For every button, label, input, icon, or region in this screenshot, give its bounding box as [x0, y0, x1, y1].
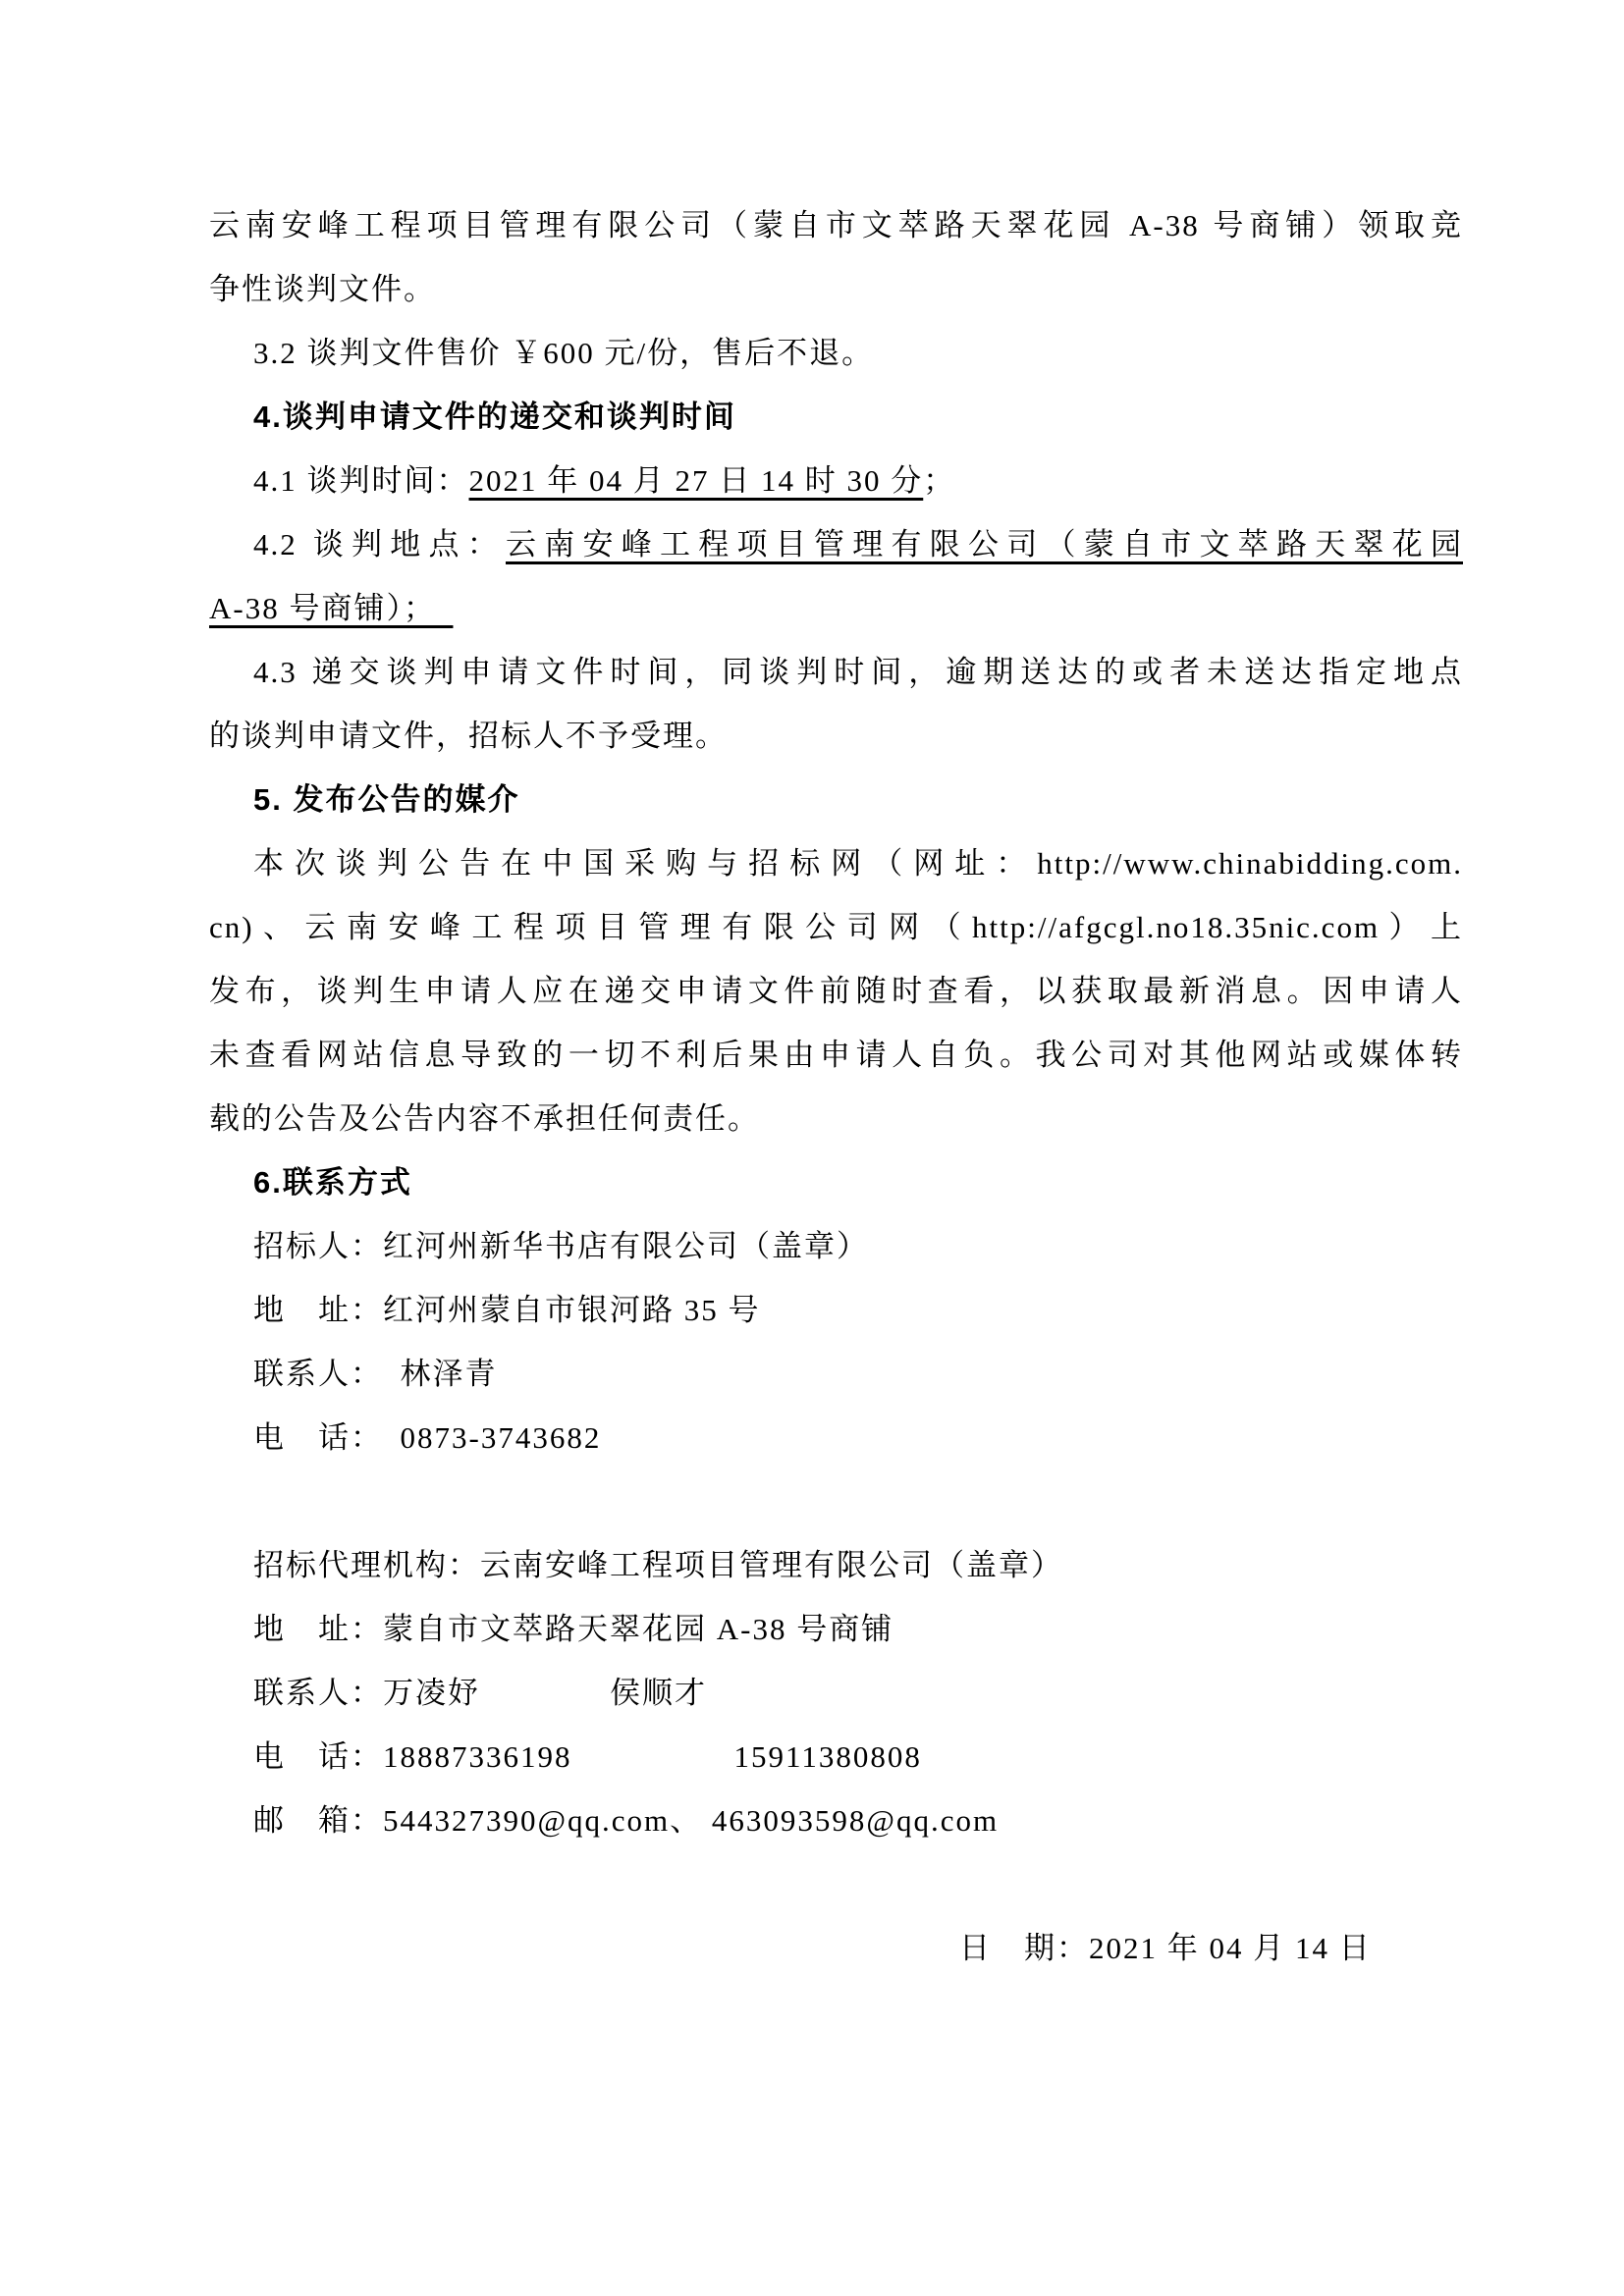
- heading-text: 6.联系方式: [253, 1165, 412, 1200]
- text-line-media-5: 载的公告及公告内容不承担任何责任。: [209, 1087, 1463, 1150]
- body-text: 的谈判申请文件，招标人不予受理。: [209, 719, 728, 753]
- body-text: 4.3 递交谈判申请文件时间，同谈判时间，逾期送达的或者未送达指定地点: [253, 655, 1463, 689]
- text-line-negotiation-place: 4.2 谈判地点：云南安峰工程项目管理有限公司（蒙自市文萃路天翠花园: [209, 512, 1463, 576]
- body-text: 电 话：18887336198 15911380808: [253, 1739, 922, 1774]
- text-line-document-price: 3.2 谈判文件售价 ￥600 元/份，售后不退。: [209, 321, 1463, 385]
- heading-text: 4.谈判申请文件的递交和谈判时间: [253, 400, 736, 434]
- body-text: cn)、云南安峰工程项目管理有限公司网（http://afgcgl.no18.3…: [209, 910, 1463, 944]
- document-body: 云南安峰工程项目管理有限公司（蒙自市文萃路天翠花园 A-38 号商铺）领取竞 争…: [209, 193, 1463, 1980]
- section-5-heading: 5. 发布公告的媒介: [209, 768, 1463, 831]
- underlined-place-text-cont: A-38 号商铺）；: [209, 591, 453, 625]
- label-text: 4.1 谈判时间：: [253, 463, 469, 498]
- body-text: 联系人：万凌妤 侯顺才: [253, 1676, 707, 1710]
- text-line-submission-deadline-cont: 的谈判申请文件，招标人不予受理。: [209, 704, 1463, 768]
- body-text: 招标人：红河州新华书店有限公司（盖章）: [253, 1229, 869, 1263]
- body-text: 云南安峰工程项目管理有限公司（蒙自市文萃路天翠花园 A-38 号商铺）领取竞: [209, 208, 1463, 242]
- text-line-agency-contacts: 联系人：万凌妤 侯顺才: [209, 1661, 1463, 1725]
- body-text: 争性谈判文件。: [209, 272, 436, 306]
- blank-line: [209, 1469, 1463, 1533]
- text-line-agency-address: 地 址：蒙自市文萃路天翠花园 A-38 号商铺: [209, 1597, 1463, 1661]
- text-line-pickup-location-cont: 争性谈判文件。: [209, 257, 1463, 321]
- text-line-agency-phones: 电 话：18887336198 15911380808: [209, 1725, 1463, 1789]
- text-line-media-3: 发布，谈判生申请人应在递交申请文件前随时查看，以获取最新消息。因申请人: [209, 959, 1463, 1023]
- punctuation-text: ；: [923, 463, 955, 498]
- text-line-pickup-location: 云南安峰工程项目管理有限公司（蒙自市文萃路天翠花园 A-38 号商铺）领取竞: [209, 193, 1463, 257]
- text-line-media-4: 未查看网站信息导致的一切不利后果由申请人自负。我公司对其他网站或媒体转: [209, 1023, 1463, 1087]
- text-line-agency-emails: 邮 箱：544327390@qq.com、 463093598@qq.com: [209, 1789, 1463, 1852]
- text-line-negotiation-time: 4.1 谈判时间：2021 年 04 月 27 日 14 时 30 分；: [209, 449, 1463, 512]
- section-4-heading: 4.谈判申请文件的递交和谈判时间: [209, 385, 1463, 449]
- text-line-agency-name: 招标代理机构：云南安峰工程项目管理有限公司（盖章）: [209, 1533, 1463, 1597]
- text-line-negotiation-place-cont: A-38 号商铺）；: [209, 576, 1463, 640]
- text-line-submission-deadline: 4.3 递交谈判申请文件时间，同谈判时间，逾期送达的或者未送达指定地点: [209, 640, 1463, 704]
- body-text: 地 址：蒙自市文萃路天翠花园 A-38 号商铺: [253, 1612, 893, 1646]
- date-text: 日 期：2021 年 04 月 14 日: [959, 1931, 1372, 1965]
- body-text: 联系人： 林泽青: [253, 1357, 498, 1391]
- body-text: 载的公告及公告内容不承担任何责任。: [209, 1101, 760, 1136]
- section-6-heading: 6.联系方式: [209, 1150, 1463, 1214]
- body-text: 招标代理机构：云南安峰工程项目管理有限公司（盖章）: [253, 1548, 1063, 1582]
- label-text: 4.2 谈判地点：: [253, 527, 506, 561]
- blank-line: [209, 1852, 1463, 1916]
- heading-text: 5. 发布公告的媒介: [253, 782, 519, 817]
- text-line-media-1: 本次谈判公告在中国采购与招标网（网址：http://www.chinabiddi…: [209, 831, 1463, 895]
- text-line-date: 日 期：2021 年 04 月 14 日: [209, 1916, 1463, 1980]
- body-text: 地 址：红河州蒙自市银河路 35 号: [253, 1293, 761, 1327]
- document-page: 云南安峰工程项目管理有限公司（蒙自市文萃路天翠花园 A-38 号商铺）领取竞 争…: [0, 0, 1624, 2296]
- body-text: 发布，谈判生申请人应在递交申请文件前随时查看，以获取最新消息。因申请人: [209, 974, 1463, 1008]
- text-line-tenderer-phone: 电 话： 0873-3743682: [209, 1406, 1463, 1469]
- underlined-negotiation-datetime: 2021 年 04 月 27 日 14 时 30 分: [469, 463, 924, 498]
- body-text: 电 话： 0873-3743682: [253, 1420, 601, 1455]
- text-line-media-2: cn)、云南安峰工程项目管理有限公司网（http://afgcgl.no18.3…: [209, 895, 1463, 959]
- underlined-place-text: 云南安峰工程项目管理有限公司（蒙自市文萃路天翠花园: [506, 527, 1463, 561]
- body-text: 未查看网站信息导致的一切不利后果由申请人自负。我公司对其他网站或媒体转: [209, 1038, 1463, 1072]
- body-text: 邮 箱：544327390@qq.com、 463093598@qq.com: [253, 1803, 999, 1838]
- text-line-tenderer-address: 地 址：红河州蒙自市银河路 35 号: [209, 1278, 1463, 1342]
- text-line-tenderer-contact: 联系人： 林泽青: [209, 1342, 1463, 1406]
- body-text: 3.2 谈判文件售价 ￥600 元/份，售后不退。: [253, 336, 874, 370]
- body-text: 本次谈判公告在中国采购与招标网（网址：http://www.chinabiddi…: [253, 846, 1463, 881]
- text-line-tenderer-name: 招标人：红河州新华书店有限公司（盖章）: [209, 1214, 1463, 1278]
